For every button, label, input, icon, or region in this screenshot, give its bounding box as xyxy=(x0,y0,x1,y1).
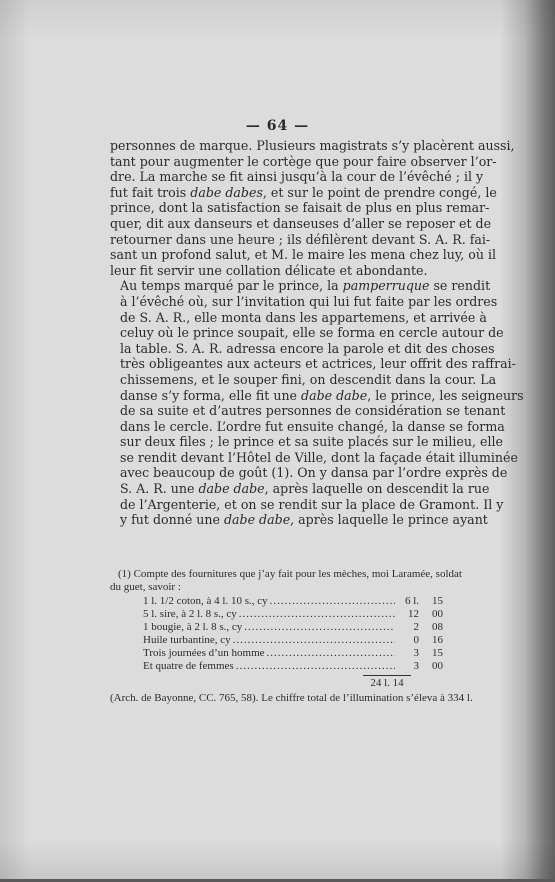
text-line: sant un profond salut, et M. le maire le… xyxy=(110,247,467,263)
text-line: quer, dit aux danseurs et danseuses d’al… xyxy=(110,216,467,232)
paragraph-1: personnes de marque. Plusieurs magistrat… xyxy=(110,138,467,278)
expense-total: 24 l. 14 xyxy=(363,677,411,690)
scanned-page: — 64 — personnes de marque. Plusieurs ma… xyxy=(0,0,555,882)
text-line: de S. A. R., elle monta dans les apparte… xyxy=(110,310,467,326)
expense-sous: 15 xyxy=(419,595,443,608)
expense-sous: 08 xyxy=(419,621,443,634)
text-line: avec beaucoup de goût (1). On y dansa pa… xyxy=(110,465,467,481)
body-text: personnes de marque. Plusieurs magistrat… xyxy=(110,138,467,528)
footnote: (1) Compte des fournitures que j’ay fait… xyxy=(110,568,470,705)
total-rule xyxy=(363,675,411,676)
text-line: tant pour augmenter le cortège que pour … xyxy=(110,154,467,170)
expense-label: Trois journées d’un homme xyxy=(143,647,265,660)
italic-term: pamperruque xyxy=(343,278,430,293)
text-line: fut fait trois dabe dabes, et sur le poi… xyxy=(110,185,467,201)
text-line: retourner dans une heure ; ils défilèren… xyxy=(110,232,467,248)
expense-row: 1 bougie, à 2 l. 8 s., cy...............… xyxy=(143,621,443,634)
expense-livres: 2 xyxy=(397,621,419,634)
expense-livres: 3 xyxy=(397,647,419,660)
italic-term: dabe dabe xyxy=(301,388,367,403)
leader-dots: ........................................… xyxy=(244,621,395,634)
text-line: de sa suite et d’autres personnes de con… xyxy=(110,403,467,419)
text-line: Au temps marqué par le prince, la pamper… xyxy=(110,278,467,294)
leader-dots: ........................................… xyxy=(267,647,395,660)
text-line: leur fit servir une collation délicate e… xyxy=(110,263,467,279)
text-line: très obligeantes aux acteurs et actrices… xyxy=(110,356,467,372)
leader-dots: ........................................… xyxy=(236,660,395,673)
page-number: — 64 — xyxy=(0,118,555,134)
paragraph-2: Au temps marqué par le prince, la pamper… xyxy=(110,278,467,528)
expense-row: Trois journées d’un homme...............… xyxy=(143,647,443,660)
italic-term: dabe dabe xyxy=(198,481,264,496)
expense-label: Et quatre de femmes xyxy=(143,660,234,673)
text-line: dans le cercle. L’ordre fut ensuite chan… xyxy=(110,419,467,435)
expense-list: 1 l. 1/2 coton, à 4 l. 10 s., cy........… xyxy=(143,595,443,673)
footnote-intro-cont: du guet, savoir : xyxy=(110,581,470,594)
text-line: dre. La marche se fit ainsi jusqu’à la c… xyxy=(110,169,467,185)
expense-label: 1 l. 1/2 coton, à 4 l. 10 s., cy xyxy=(143,595,268,608)
text-line: sur deux files ; le prince et sa suite p… xyxy=(110,434,467,450)
expense-row: Huile turbantine, cy....................… xyxy=(143,634,443,647)
expense-livres: 12 xyxy=(397,608,419,621)
expense-label: 1 bougie, à 2 l. 8 s., cy xyxy=(143,621,242,634)
text-line: y fut donné une dabe dabe, après laquell… xyxy=(110,512,467,528)
leader-dots: ........................................… xyxy=(239,608,395,621)
text-line: chissemens, et le souper fini, on descen… xyxy=(110,372,467,388)
text-line: de l’Argenterie, et on se rendit sur la … xyxy=(110,497,467,513)
expense-sous: 00 xyxy=(419,608,443,621)
footnote-intro: (1) Compte des fournitures que j’ay fait… xyxy=(110,568,470,581)
italic-term: dabe dabe xyxy=(224,512,290,527)
archive-source: (Arch. de Bayonne, CC. 765, 58). Le chif… xyxy=(110,692,470,705)
expense-label: Huile turbantine, cy xyxy=(143,634,231,647)
expense-livres: 0 xyxy=(397,634,419,647)
expense-row: 5 l. sire, à 2 l. 8 s., cy..............… xyxy=(143,608,443,621)
expense-row: Et quatre de femmes.....................… xyxy=(143,660,443,673)
text-line: se rendit devant l’Hôtel de Ville, dont … xyxy=(110,450,467,466)
text-line: S. A. R. une dabe dabe, après laquelle o… xyxy=(110,481,467,497)
text-line: la table. S. A. R. adressa encore la par… xyxy=(110,341,467,357)
leader-dots: ........................................… xyxy=(233,634,395,647)
text-line: personnes de marque. Plusieurs magistrat… xyxy=(110,138,467,154)
expense-row: 1 l. 1/2 coton, à 4 l. 10 s., cy........… xyxy=(143,595,443,608)
italic-term: dabe dabes xyxy=(190,185,263,200)
expense-sous: 15 xyxy=(419,647,443,660)
expense-livres: 6 l. xyxy=(397,595,419,608)
expense-sous: 00 xyxy=(419,660,443,673)
text-line: prince, dont la satisfaction se faisait … xyxy=(110,200,467,216)
expense-livres: 3 xyxy=(397,660,419,673)
leader-dots: ........................................… xyxy=(270,595,395,608)
text-line: à l’évêché où, sur l’invitation qui lui … xyxy=(110,294,467,310)
text-line: celuy où le prince soupait, elle se form… xyxy=(110,325,467,341)
expense-label: 5 l. sire, à 2 l. 8 s., cy xyxy=(143,608,237,621)
text-line: danse s’y forma, elle fit une dabe dabe,… xyxy=(110,388,467,404)
expense-sous: 16 xyxy=(419,634,443,647)
